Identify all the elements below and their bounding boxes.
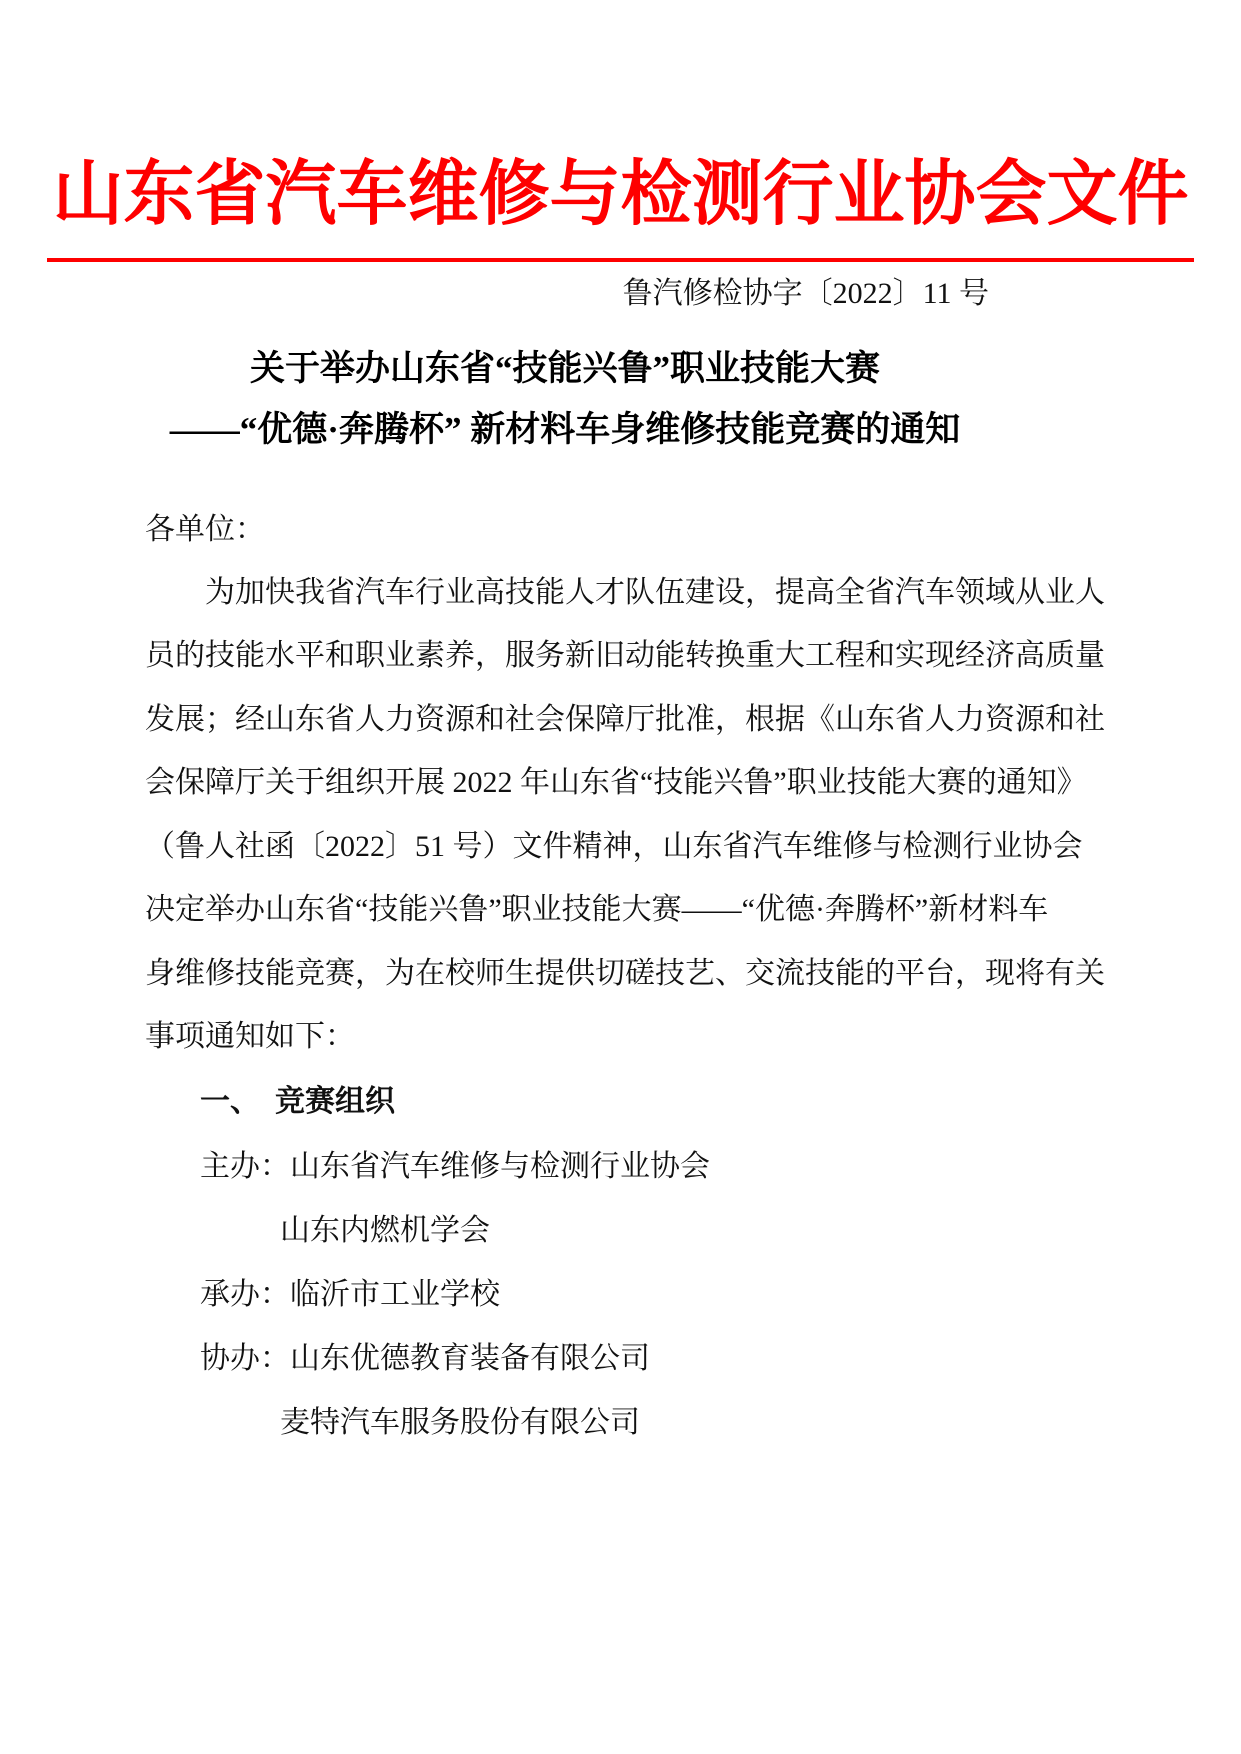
doc-title-line-1: 关于举办山东省“技能兴鲁”职业技能大赛 (145, 338, 985, 399)
org-line-host-2: 山东内燃机学会 (145, 1199, 990, 1263)
section-heading-competition-organization: 一、 竞赛组织 (145, 1069, 990, 1135)
paragraph-line: 发展；经山东省人力资源和社会保障厅批准，根据《山东省人力资源和社 (145, 688, 990, 752)
paragraph-line: 事项通知如下： (145, 1005, 990, 1069)
paragraph-line: 决定举办山东省“技能兴鲁”职业技能大赛——“优德·奔腾杯”新材料车 (145, 878, 990, 942)
red-divider-rule (47, 258, 1194, 262)
document-page: 山东省汽车维修与检测行业协会文件 鲁汽修检协字〔2022〕11 号 关于举办山东… (0, 0, 1241, 1754)
doc-body: 各单位： 为加快我省汽车行业高技能人才队伍建设，提高全省汽车领域从业人 员的技能… (145, 498, 990, 1455)
doc-title: 关于举办山东省“技能兴鲁”职业技能大赛 ——“优德·奔腾杯” 新材料车身维修技能… (145, 338, 985, 460)
paragraph-line: （鲁人社函〔2022〕51 号）文件精神，山东省汽车维修与检测行业协会 (145, 815, 990, 879)
org-line-co-organizer-2: 麦特汽车服务股份有限公司 (145, 1391, 990, 1455)
org-line-co-organizer: 协办：山东优德教育装备有限公司 (145, 1327, 990, 1391)
salutation: 各单位： (145, 498, 990, 561)
paragraph-line: 员的技能水平和职业素养，服务新旧动能转换重大工程和实现经济高质量 (145, 624, 990, 688)
masthead-title: 山东省汽车维修与检测行业协会文件 (0, 148, 1241, 244)
paragraph-line: 身维修技能竞赛，为在校师生提供切磋技艺、交流技能的平台，现将有关 (145, 942, 990, 1006)
org-line-host: 主办：山东省汽车维修与检测行业协会 (145, 1135, 990, 1199)
paragraph-line: 会保障厅关于组织开展 2022 年山东省“技能兴鲁”职业技能大赛的通知》 (145, 751, 990, 815)
doc-reference-number: 鲁汽修检协字〔2022〕11 号 (0, 274, 989, 314)
doc-title-line-2: ——“优德·奔腾杯” 新材料车身维修技能竞赛的通知 (145, 399, 985, 460)
paragraph-line: 为加快我省汽车行业高技能人才队伍建设，提高全省汽车领域从业人 (145, 561, 990, 625)
org-line-undertaker: 承办：临沂市工业学校 (145, 1263, 990, 1327)
